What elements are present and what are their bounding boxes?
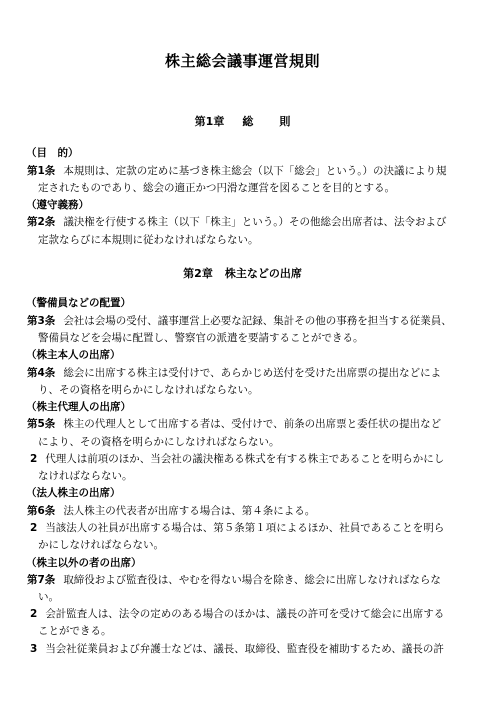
article-2-line-1: 第2条議決権を行使する株主（以下「株主」という。）その他総会出席者は、法令および	[27, 215, 447, 229]
article-number: 第4条	[27, 367, 55, 379]
document-title: 株主総会議事運営規則	[0, 50, 485, 71]
article-5-line-2: により、その資格を明らかにしなければならない。	[38, 435, 280, 449]
chapter-1-heading: 第1章総則	[0, 113, 485, 129]
article-number: 第2条	[27, 216, 55, 228]
article-text: 取締役および監査役は、やむを得ない場合を除き、総会に出席しなければならな	[63, 574, 441, 586]
article-5-caption: （株主代理人の出席）	[26, 400, 131, 414]
article-6-line-1: 第6条法人株主の代表者が出席する場合は、第４条による。	[27, 504, 315, 518]
article-1-caption: （目 的）	[26, 146, 79, 160]
article-text: 本規則は、定款の定めに基づき株主総会（以下「総会」という。）の決議により規	[63, 165, 446, 177]
article-7-item-3-line-1: 3当会社従業員および弁護士などは、議長、取締役、監査役を補助するため、議長の許	[30, 642, 444, 656]
article-text: 株主の代理人として出席する者は、受付けで、前条の出席票と委任状の提出など	[63, 418, 441, 430]
article-number: 第3条	[27, 315, 55, 327]
article-1-line-1: 第1条本規則は、定款の定めに基づき株主総会（以下「総会」という。）の決議により規	[27, 164, 447, 178]
chapter-title: 株主などの出席	[225, 267, 302, 280]
article-7-caption: （株主以外の者の出席）	[26, 556, 142, 570]
article-number: 第6条	[27, 505, 55, 517]
item-text: 代理人は前項のほか、当会社の議決権ある株式を有する株主であることを明らかにし	[45, 453, 444, 465]
article-4-line-2: り、その資格を明らかにしなければならない。	[38, 383, 259, 397]
article-3-line-1: 第3条会社は会場の受付、議事運営上必要な記録、集計その他の事務を担当する従業員、	[27, 314, 452, 328]
article-4-caption: （株主本人の出席）	[26, 348, 121, 362]
article-4-line-1: 第4条総会に出席する株主は受付けで、あらかじめ送付を受けた出席票の提出などによ	[27, 366, 441, 380]
article-5-item-2-line-2: なければならない。	[38, 469, 133, 483]
item-text: 当会社従業員および弁護士などは、議長、取締役、監査役を補助するため、議長の許	[45, 643, 444, 655]
article-3-caption: （警備員などの配置）	[26, 296, 131, 310]
article-1-line-2: 定されたものであり、総会の適正かつ円滑な運営を図ることを目的とする。	[38, 181, 395, 195]
chapter-number: 第1章	[195, 115, 225, 128]
article-5-item-2-line-1: 2代理人は前項のほか、当会社の議決権ある株式を有する株主であることを明らかにし	[30, 452, 444, 466]
article-2-line-2: 定款ならびに本規則に従わなければならない。	[38, 233, 259, 247]
chapter-title-part: 総	[242, 115, 253, 128]
article-text: 法人株主の代表者が出席する場合は、第４条による。	[63, 505, 315, 517]
article-text: 会社は会場の受付、議事運営上必要な記録、集計その他の事務を担当する従業員、	[63, 315, 452, 327]
chapter-2-heading: 第2章株主などの出席	[0, 265, 485, 281]
item-number: 3	[30, 643, 37, 655]
item-number: 2	[30, 453, 37, 465]
article-text: 総会に出席する株主は受付けで、あらかじめ送付を受けた出席票の提出などによ	[63, 367, 441, 379]
chapter-title-part: 則	[279, 115, 290, 128]
article-6-item-2-line-2: かにしなければならない。	[38, 538, 164, 552]
item-number: 2	[30, 608, 37, 620]
article-3-line-2: 警備員などを会場に配置し、警察官の派遣を要請することができる。	[38, 331, 364, 345]
article-6-item-2-line-1: 2当該法人の社員が出席する場合は、第５条第１項によるほか、社員であることを明ら	[30, 521, 444, 535]
article-number: 第5条	[27, 418, 55, 430]
item-number: 2	[30, 522, 37, 534]
document-page: 株主総会議事運営規則 第1章総則 （目 的） 第1条本規則は、定款の定めに基づき…	[0, 0, 485, 709]
item-text: 会計監査人は、法令の定めのある場合のほかは、議長の許可を受けて総会に出席する	[45, 608, 444, 620]
article-number: 第1条	[27, 165, 55, 177]
article-7-line-1: 第7条取締役および監査役は、やむを得ない場合を除き、総会に出席しなければならな	[27, 573, 441, 587]
article-7-line-2: い。	[38, 590, 59, 604]
article-number: 第7条	[27, 574, 55, 586]
article-2-caption: （遵守義務）	[26, 198, 89, 212]
chapter-number: 第2章	[183, 267, 213, 280]
article-5-line-1: 第5条株主の代理人として出席する者は、受付けで、前条の出席票と委任状の提出など	[27, 417, 441, 431]
item-text: 当該法人の社員が出席する場合は、第５条第１項によるほか、社員であることを明ら	[45, 522, 444, 534]
article-7-item-2-line-1: 2会計監査人は、法令の定めのある場合のほかは、議長の許可を受けて総会に出席する	[30, 607, 444, 621]
article-6-caption: （法人株主の出席）	[26, 486, 121, 500]
article-text: 議決権を行使する株主（以下「株主」という。）その他総会出席者は、法令および	[63, 216, 446, 228]
article-7-item-2-line-2: ことができる。	[38, 624, 112, 638]
